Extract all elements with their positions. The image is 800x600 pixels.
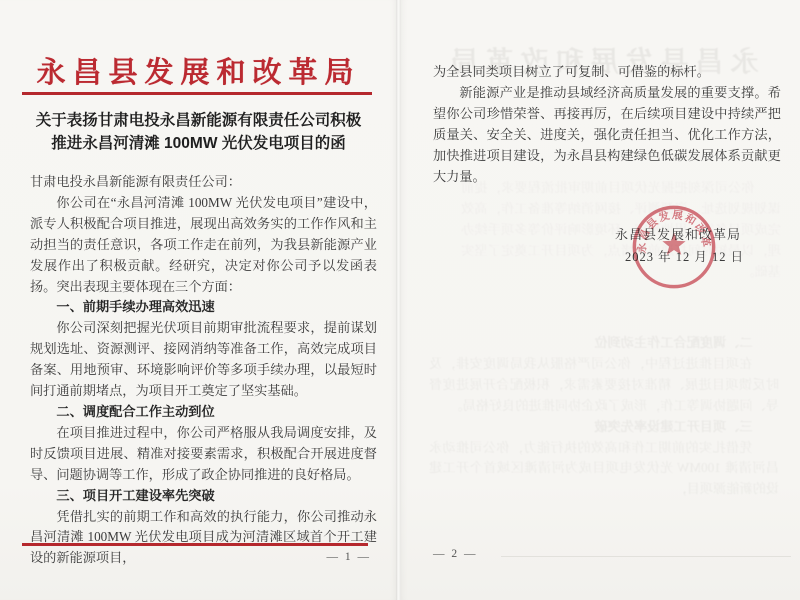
page1-number: — 1 — xyxy=(327,551,372,563)
document-title-line1: 关于表扬甘肃电投永昌新能源有限责任公司积极 xyxy=(36,112,362,129)
salutation: 甘肃电投永昌新能源有限责任公司： xyxy=(30,172,377,193)
scanned-document: 永昌县发展和改革局 关于表扬甘肃电投永昌新能源有限责任公司积极 推进永昌河清滩 … xyxy=(0,0,800,600)
bleed-through-text-lower: 二、调度配合工作主动到位 在项目推进过程中，你公司严格服从我局调度安排，及时反馈… xyxy=(429,333,779,500)
section2-paragraph: 在项目推进过程中，你公司严格服从我局调度安排，及时反馈项目进展、精准对接要素需求… xyxy=(30,423,377,486)
page-2: 永昌县发展和改革局 你公司深刻把握光伏项目前期审批流程要求，提前谋划规划选址、资… xyxy=(401,0,800,600)
page2-body: 为全县同类项目树立了可复制、可借鉴的标杆。 新能源产业是推动县域经济高质量发展的… xyxy=(433,62,781,187)
official-seal: 永昌县发展和改革局 xyxy=(613,186,735,308)
section3-heading: 三、项目开工建设率先突破 xyxy=(30,486,377,507)
page2-number: — 2 — xyxy=(433,548,478,560)
document-title-line2: 推进永昌河清滩 100MW 光伏发电项目的函 xyxy=(51,135,346,152)
seal-star-icon xyxy=(662,233,685,255)
continuation-paragraph: 为全县同类项目树立了可复制、可借鉴的标杆。 xyxy=(433,62,781,83)
section2-heading: 二、调度配合工作主动到位 xyxy=(30,402,377,423)
section3-paragraph: 凭借扎实的前期工作和高效的执行能力，你公司推动永昌河清滩 100MW 光伏发电项… xyxy=(30,507,377,570)
page-1: 永昌县发展和改革局 关于表扬甘肃电投永昌新能源有限责任公司积极 推进永昌河清滩 … xyxy=(0,0,397,600)
faint-footer-rule xyxy=(501,556,791,557)
red-footer-rule xyxy=(22,543,368,546)
intro-paragraph: 你公司在“永昌河清滩 100MW 光伏发电项目”建设中，派专人积极配合项目推进，… xyxy=(30,193,377,298)
seal-arc-text: 永昌县发展和改革局 xyxy=(613,186,713,254)
closing-paragraph: 新能源产业是推动县域经济高质量发展的重要支撑。希望你公司珍惜荣誉、再接再厉，在后… xyxy=(433,83,781,188)
document-title: 关于表扬甘肃电投永昌新能源有限责任公司积极 推进永昌河清滩 100MW 光伏发电… xyxy=(12,109,385,155)
bureau-header-title: 永昌县发展和改革局 xyxy=(0,50,397,91)
red-header-rule xyxy=(22,92,372,95)
section1-heading: 一、前期手续办理高效迅速 xyxy=(30,297,377,318)
page1-body: 甘肃电投永昌新能源有限责任公司： 你公司在“永昌河清滩 100MW 光伏发电项目… xyxy=(30,172,377,569)
section1-paragraph: 你公司深刻把握光伏项目前期审批流程要求，提前谋划规划选址、资源测评、接网消纳等准… xyxy=(30,318,377,402)
